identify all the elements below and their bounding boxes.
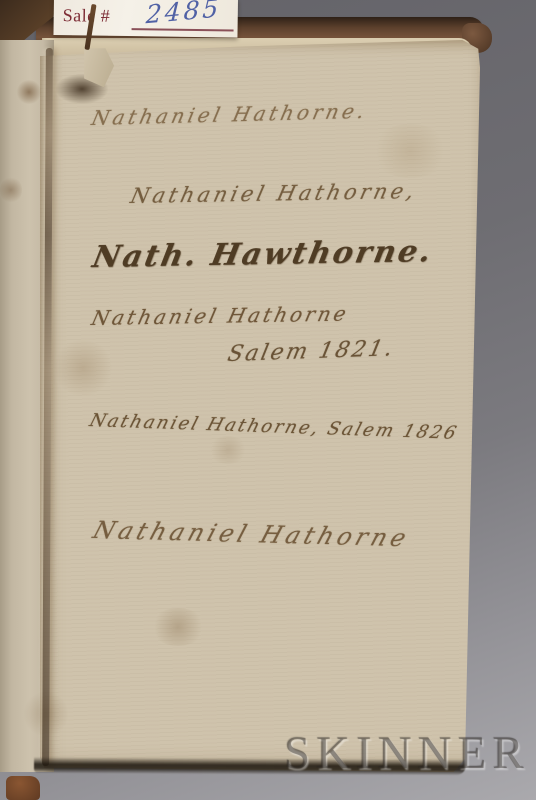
sale-number-handwritten: 2485 bbox=[145, 0, 222, 29]
signature-nathaniel-hathorne-2: Nathaniel Hathorne, bbox=[128, 179, 420, 208]
skinner-watermark: SKINNER bbox=[284, 726, 530, 780]
auction-sale-card: Sale # 2485 bbox=[53, 0, 238, 38]
flyleaf-page bbox=[40, 40, 480, 772]
paper-stain bbox=[370, 124, 450, 178]
book-photograph: Nathaniel Hathorne. Nathaniel Hathorne, … bbox=[0, 0, 536, 800]
book-cover-corner-bottom-left bbox=[6, 776, 40, 800]
sale-number-label: Sale # bbox=[63, 5, 111, 27]
signature-nath-hawthorne-bold: Nath. Hawthorne. bbox=[90, 234, 437, 275]
signature-nathaniel-hathorne-3: Nathaniel Hathorne bbox=[89, 301, 351, 330]
